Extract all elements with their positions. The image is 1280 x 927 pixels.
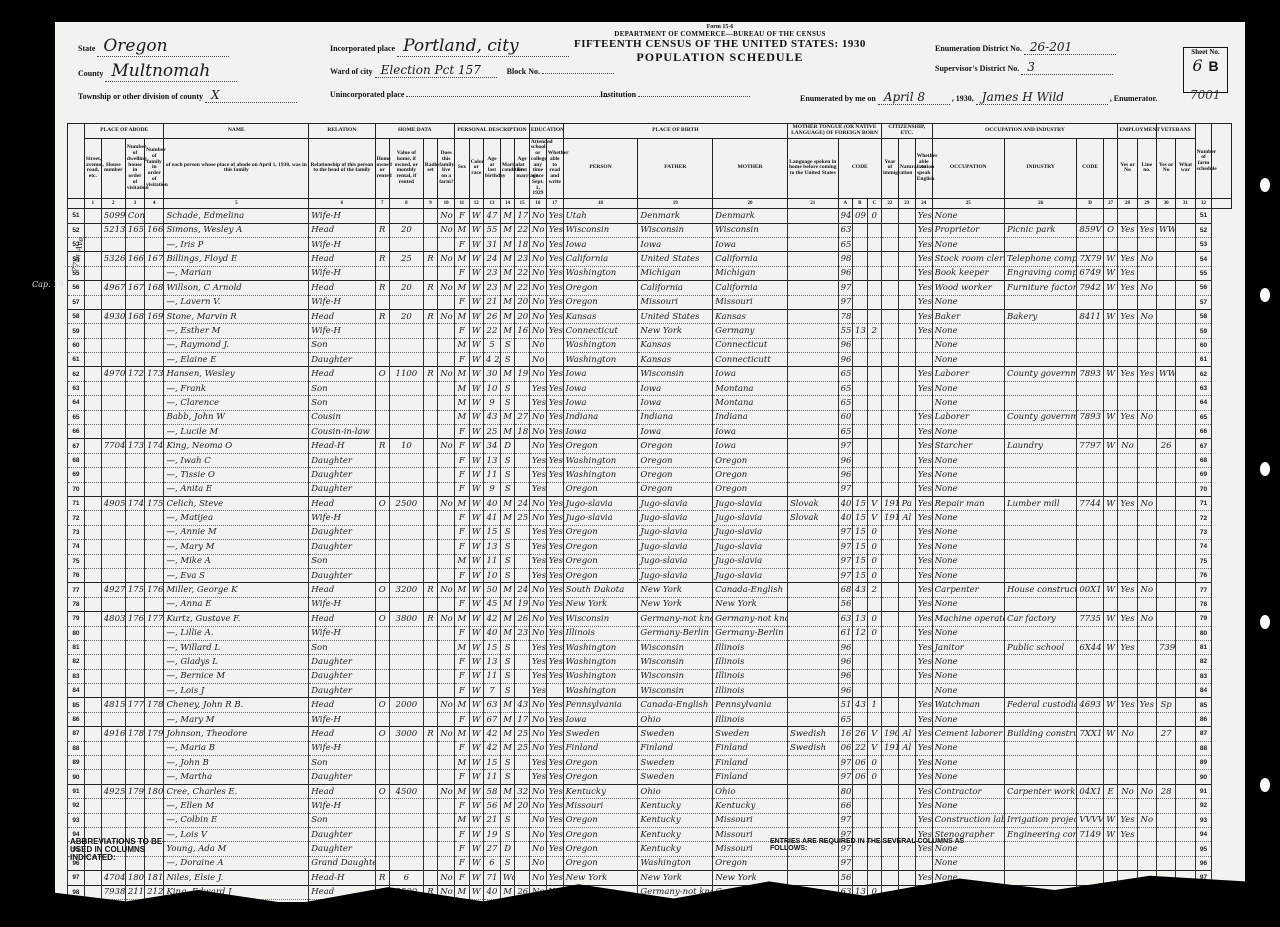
race-cell: W [469,554,483,568]
radio-cell: R [423,612,437,626]
age-at-marriage-cell: 43 [515,698,530,712]
person-name-cell: —, Willard L [164,640,309,654]
punch-hole [1258,776,1272,794]
father-birthplace-cell: Jugo-slavia [638,511,713,525]
house-number-cell [101,410,125,424]
farm-cell [438,353,455,367]
mother-birthplace-cell: Indiana [713,410,788,424]
code-c-cell [867,468,881,482]
line-number-right: 59 [1195,324,1212,338]
radio-cell [423,684,437,698]
age-cell: 7 [484,684,501,698]
farm-cell [438,453,455,467]
code-a-cell: 40 [838,497,852,511]
industry-cell [1004,669,1076,683]
code-b-cell: 09 [853,209,867,223]
code-a-cell: 97 [838,281,852,295]
occupation-code-cell: 859V [1077,223,1104,237]
literacy-cell: Yes [546,698,563,712]
literacy-cell [546,856,563,870]
table-row: 714905174175Celich, SteveHeadO2500NoMW40… [68,497,1232,511]
literacy-cell: Yes [546,770,563,784]
immigration-year-cell [881,396,898,410]
occupation-code-cell [1077,568,1104,582]
age-cell: 10 [484,568,501,582]
employed-cell [1118,597,1137,611]
speaks-english-cell: Yes [915,770,932,784]
race-cell: W [469,540,483,554]
occupation-cell: None [932,511,1004,525]
race-cell: W [469,640,483,654]
occupation-code-cell [1077,453,1104,467]
sex-cell: M [455,640,469,654]
requirements-title: ENTRIES ARE REQUIRED IN THE SEVERAL COLU… [770,838,970,852]
school-cell: No [529,727,546,741]
industry-cell [1004,626,1076,640]
father-birthplace-cell: Wisconsin [638,655,713,669]
person-name-cell: Babb, John W [164,410,309,424]
age-cell: 40 [484,497,501,511]
school-cell: Yes [529,554,546,568]
birthplace-cell: Jugo-slavia [563,511,638,525]
family-number-cell [145,741,164,755]
family-number-cell: 175 [145,497,164,511]
relation-cell: Daughter [309,655,375,669]
age-cell: 63 [484,698,501,712]
employed-cell [1118,684,1137,698]
veteran-cell: No [1137,583,1156,597]
farm-schedule-cell [1176,712,1195,726]
line-number: 64 [68,396,85,410]
industry-cell [1004,324,1076,338]
family-number-cell [145,568,164,582]
street-cell [84,813,101,827]
occupation-cell: Starcher [932,439,1004,453]
industry-cell [1004,237,1076,251]
code-c-cell: 2 [867,324,881,338]
radio-cell [423,842,437,856]
mother-birthplace-cell: Pennsylvania [713,698,788,712]
farm-schedule-cell [1176,568,1195,582]
code-a-cell: 55 [838,324,852,338]
code-b-cell [853,712,867,726]
school-cell: No [529,425,546,439]
literacy-cell: Yes [546,741,563,755]
relation-cell: Daughter [309,468,375,482]
race-cell: W [469,309,483,323]
immigration-year-cell [881,568,898,582]
naturalization-cell [898,353,915,367]
column-number: 10 [438,199,455,209]
line-number: 67 [68,439,85,453]
street-cell [84,583,101,597]
age-at-marriage-cell [515,842,530,856]
employed-cell: No [1118,727,1137,741]
birthplace-cell: Washington [563,338,638,352]
column-number: 14 [500,199,514,209]
person-name-cell: King, Neoma O [164,439,309,453]
employed-cell: Yes [1118,281,1137,295]
group-abode: PLACE OF ABODE [84,124,164,139]
employed-cell [1118,568,1137,582]
column-number: 18 [563,199,638,209]
industry-cell [1004,525,1076,539]
group-occupation: OCCUPATION AND INDUSTRY [932,124,1118,139]
age-cell: 40 [484,626,501,640]
veteran-cell [1137,640,1156,654]
class-of-worker-cell: W [1103,727,1118,741]
age-at-marriage-cell: 23 [515,626,530,640]
mother-tongue-cell [787,698,838,712]
farm-cell: No [438,367,455,381]
age-cell: 45 [484,597,501,611]
family-number-cell [145,655,164,669]
code-a-cell: 97 [838,856,852,870]
family-number-cell [145,425,164,439]
class-of-worker-cell [1103,237,1118,251]
code-c-cell [867,425,881,439]
speaks-english-cell [915,396,932,410]
street-cell [84,439,101,453]
veteran-cell: No [1137,497,1156,511]
person-name-cell: —, Gladys L [164,655,309,669]
code-b-cell: 15 [853,525,867,539]
school-cell: No [529,741,546,755]
dwelling-number-cell: 176 [125,612,144,626]
age-cell: 42 [484,741,501,755]
age-cell: 24 [484,252,501,266]
code-b-cell: 13 [853,612,867,626]
literacy-cell [546,482,563,496]
father-birthplace-cell: Wisconsin [638,367,713,381]
industry-cell: Carpenter work [1004,784,1076,798]
home-value-cell [389,425,423,439]
mother-tongue-cell [787,396,838,410]
occupation-cell: Construction laborer [932,813,1004,827]
immigration-year-cell: 1908 [881,727,898,741]
home-value-cell: 3800 [389,612,423,626]
radio-cell [423,741,437,755]
marital-cell: S [500,856,514,870]
code-b-cell [853,813,867,827]
house-number-cell [101,568,125,582]
school-cell: Yes [529,568,546,582]
employed-cell [1118,712,1137,726]
naturalization-cell: Al [898,741,915,755]
race-cell: W [469,756,483,770]
census-title-block: Form 15-6 DEPARTMENT OF COMMERCE—BUREAU … [570,24,870,65]
veteran-cell [1137,295,1156,309]
column-number: 13 [484,199,501,209]
house-number-cell [101,266,125,280]
employed-cell [1118,482,1137,496]
home-tenure-cell [375,640,389,654]
occupation-cell: None [932,799,1004,813]
mother-birthplace-cell: California [713,281,788,295]
school-cell: No [529,511,546,525]
table-row: 624970172173Hansen, WesleyHeadO1100RNoMW… [68,367,1232,381]
home-value-cell [389,554,423,568]
table-row: 525213165166Simons, Wesley AHeadR20NoMW5… [68,223,1232,237]
sex-cell: F [455,353,469,367]
relation-cell: Head [309,698,375,712]
immigration-year-cell [881,439,898,453]
home-tenure-cell: O [375,367,389,381]
group-citizenship: CITIZENSHIP, ETC. [881,124,932,139]
dwelling-number-cell [125,626,144,640]
street-cell [84,396,101,410]
farm-cell: No [438,583,455,597]
mother-birthplace-cell: Kansas [713,309,788,323]
sex-cell: F [455,842,469,856]
farm-cell [438,525,455,539]
veteran-cell [1137,770,1156,784]
farm-cell: No [438,784,455,798]
class-of-worker-cell: W [1103,309,1118,323]
code-b-cell [853,237,867,251]
house-number-cell: 4925 [101,784,125,798]
line-number-right: 72 [1195,511,1212,525]
street-cell [84,871,101,885]
dwelling-number-cell: 165 [125,223,144,237]
mother-tongue-cell: Swedish [787,727,838,741]
school-cell: Yes [529,684,546,698]
employed-cell [1118,324,1137,338]
naturalization-cell [898,252,915,266]
veteran-cell [1137,597,1156,611]
literacy-cell: Yes [546,281,563,295]
group-home: HOME DATA [375,124,455,139]
school-cell: No [529,856,546,870]
home-value-cell [389,568,423,582]
farm-schedule-cell [1176,237,1195,251]
home-value-cell [389,684,423,698]
speaks-english-cell: Yes [915,727,932,741]
employed-cell: Yes [1118,698,1137,712]
table-row: 974704180181Niles, Elsie J.Head-HR6NoFW7… [68,871,1232,885]
table-row: 69—, Tissie ODaughterFW11SYesYesWashingt… [68,468,1232,482]
code-a-cell: 97 [838,568,852,582]
race-cell: W [469,252,483,266]
person-name-cell: —, Annie M [164,525,309,539]
employed-cell [1118,511,1137,525]
code-c-cell: V [867,741,881,755]
farm-cell [438,554,455,568]
street-cell [84,353,101,367]
person-name-cell: —, Frank [164,381,309,395]
father-birthplace-cell: New York [638,583,713,597]
birthplace-cell: Oregon [563,856,638,870]
relation-cell: Head [309,497,375,511]
home-value-cell [389,338,423,352]
relation-cell: Daughter [309,770,375,784]
father-birthplace-cell: Sweden [638,770,713,784]
veteran-cell [1137,568,1156,582]
dwelling-number-cell [125,712,144,726]
industry-cell [1004,871,1076,885]
class-of-worker-cell: W [1103,497,1118,511]
code-a-cell: 96 [838,669,852,683]
immigration-year-cell [881,237,898,251]
speaks-english-cell: Yes [915,871,932,885]
family-number-cell: 174 [145,439,164,453]
mother-birthplace-cell: Jugo-slavia [713,511,788,525]
mother-tongue-cell [787,295,838,309]
enumerated-date: April 8 [878,90,950,105]
family-number-cell: 181 [145,871,164,885]
industry-cell [1004,856,1076,870]
occupation-cell: None [932,770,1004,784]
employed-cell [1118,381,1137,395]
code-c-cell [867,799,881,813]
relation-cell: Daughter [309,684,375,698]
code-c-cell [867,482,881,496]
block-value [542,73,614,74]
father-birthplace-cell: Kentucky [638,842,713,856]
house-number-cell [101,813,125,827]
mother-birthplace-cell: Finland [713,756,788,770]
dwelling-number-cell [125,684,144,698]
industry-cell [1004,425,1076,439]
house-number-cell: 5213 [101,223,125,237]
speaks-english-cell: Yes [915,209,932,223]
school-cell: Yes [529,396,546,410]
age-cell: 13 [484,453,501,467]
code-c-cell [867,237,881,251]
occupation-cell: Watchman [932,698,1004,712]
family-number-cell [145,381,164,395]
age-cell: 15 [484,525,501,539]
mother-tongue-cell [787,410,838,424]
street-cell [84,497,101,511]
radio-cell [423,381,437,395]
family-number-cell: 167 [145,252,164,266]
employed-cell [1118,770,1137,784]
code-c-cell [867,309,881,323]
home-value-cell: 3000 [389,727,423,741]
mother-tongue-cell [787,425,838,439]
marital-cell: Wd [500,871,514,885]
school-cell: No [529,497,546,511]
war-cell [1156,381,1175,395]
farm-cell [438,770,455,784]
age-at-marriage-cell [515,353,530,367]
naturalization-cell [898,453,915,467]
code-a-cell: 97 [838,482,852,496]
mother-birthplace-cell: Denmark [713,209,788,223]
farm-cell [438,712,455,726]
code-a-cell: 96 [838,684,852,698]
race-cell: W [469,237,483,251]
immigration-year-cell [881,554,898,568]
naturalization-cell [898,540,915,554]
marital-cell: S [500,396,514,410]
race-cell: W [469,655,483,669]
family-number-cell [145,626,164,640]
mother-tongue-cell [787,439,838,453]
industry-cell: Federal custodian service [1004,698,1076,712]
home-value-cell [389,209,423,223]
mother-birthplace-cell: Jugo-slavia [713,497,788,511]
age-at-marriage-cell [515,669,530,683]
employed-cell: Yes [1118,640,1137,654]
war-cell [1156,525,1175,539]
code-b-cell: 22 [853,741,867,755]
mother-birthplace-cell: Illinois [713,669,788,683]
age-at-marriage-cell [515,871,530,885]
race-cell: W [469,381,483,395]
race-cell: W [469,698,483,712]
occupation-code-cell: 7149 [1077,827,1104,841]
farm-schedule-cell [1176,439,1195,453]
relation-cell: Wife-H [309,741,375,755]
home-value-cell: 4500 [389,784,423,798]
mother-birthplace-cell: Iowa [713,439,788,453]
immigration-year-cell [881,784,898,798]
radio-cell [423,223,437,237]
war-cell [1156,655,1175,669]
veteran-cell [1137,425,1156,439]
line-number: 70 [68,482,85,496]
veteran-cell [1137,727,1156,741]
home-value-cell [389,597,423,611]
radio-cell [423,237,437,251]
code-c-cell: 0 [867,525,881,539]
person-name-cell: —, Eva S [164,568,309,582]
race-cell: W [469,827,483,841]
column-number: 32 [1195,199,1212,209]
street-cell [84,425,101,439]
code-b-cell [853,381,867,395]
house-number-cell [101,640,125,654]
race-cell: W [469,856,483,870]
mother-tongue-cell [787,453,838,467]
line-number-right: 61 [1195,353,1212,367]
home-value-cell [389,324,423,338]
veteran-cell: Yes [1137,698,1156,712]
house-number-cell [101,597,125,611]
mother-birthplace-cell: California [713,252,788,266]
home-tenure-cell: R [375,252,389,266]
school-cell: No [529,813,546,827]
literacy-cell: Yes [546,439,563,453]
radio-cell: R [423,309,437,323]
line-number-right: 60 [1195,338,1212,352]
sex-cell: F [455,669,469,683]
immigration-year-cell [881,468,898,482]
father-birthplace-cell: Wisconsin [638,684,713,698]
supervisor-district-field: Supervisor's District No. 3 [935,60,1113,75]
home-value-cell: 20 [389,309,423,323]
farm-cell: No [438,209,455,223]
race-cell: W [469,266,483,280]
literacy-cell [546,338,563,352]
marital-cell: S [500,669,514,683]
industry-cell [1004,453,1076,467]
speaks-english-cell: Yes [915,554,932,568]
occupation-code-cell [1077,338,1104,352]
farm-schedule-cell [1176,324,1195,338]
sex-cell: M [455,813,469,827]
street-cell [84,381,101,395]
industry-cell [1004,842,1076,856]
code-a-cell: 96 [838,353,852,367]
war-cell [1156,612,1175,626]
county-value: Multnomah [105,61,237,82]
naturalization-cell [898,482,915,496]
table-row: 794803176177Kurtz, Gustave F.HeadO3800RN… [68,612,1232,626]
line-number: 71 [68,497,85,511]
